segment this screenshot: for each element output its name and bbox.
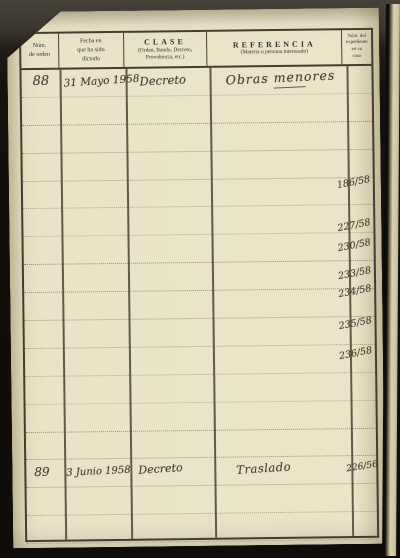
next-page-edge — [382, 4, 400, 556]
header-fecha: Fecha en que ha sido dictado — [59, 33, 125, 68]
entry-num: 88 — [32, 74, 49, 89]
ruled-row — [25, 345, 375, 377]
ruled-row — [23, 205, 373, 237]
scanned-page-background: Núm. de orden Fecha en que ha sido dicta… — [0, 0, 400, 558]
ruled-row — [23, 233, 373, 265]
entry-clase: Decreto — [139, 72, 186, 88]
ruled-row — [22, 150, 372, 182]
ruled-row — [23, 177, 373, 209]
ruled-row — [22, 122, 372, 154]
ruled-row — [25, 317, 375, 349]
header-referencia-sub: (Materia o persona interesado) — [241, 49, 308, 57]
ruled-row — [27, 512, 377, 544]
registry-table: Núm. de orden Fecha en que ha sido dicta… — [19, 28, 379, 542]
ruled-row — [25, 373, 375, 405]
header-clase-title: CLASE — [144, 37, 186, 47]
ruled-row — [22, 94, 372, 126]
ledger-page: Núm. de orden Fecha en que ha sido dicta… — [7, 8, 386, 549]
header-num-orden: Núm. de orden — [21, 34, 59, 68]
entry-num: 89 — [34, 465, 49, 479]
table-header: Núm. de orden Fecha en que ha sido dicta… — [21, 30, 371, 70]
header-clase-sub: (Orden, Bando, Decreto, Providencia, etc… — [138, 47, 192, 62]
header-expediente: Núm. del expediente en su caso — [342, 30, 371, 64]
header-referencia: REFERENCIA (Materia o persona interesado… — [207, 30, 343, 66]
header-clase: CLASE (Orden, Bando, Decreto, Providenci… — [124, 32, 207, 67]
ruled-row — [24, 289, 374, 321]
ruled-row — [26, 401, 376, 433]
ruled-row — [26, 428, 376, 460]
ruled-row — [27, 484, 377, 516]
ruled-row — [24, 261, 374, 293]
